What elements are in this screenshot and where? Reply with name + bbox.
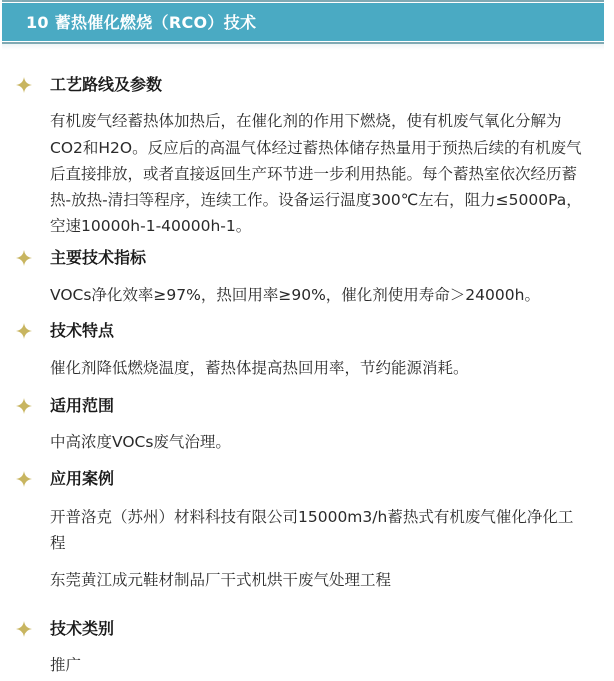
- four-point-star-icon: [16, 471, 32, 487]
- section-header: 10 蓄热催化燃烧（RCO）技术: [2, 0, 604, 44]
- heading-text: 适用范围: [50, 393, 114, 419]
- paragraph-line: 催化剂降低燃烧温度，蓄热体提高热回用率，节约能源消耗。: [50, 355, 469, 381]
- section-heading-features: 技术特点: [0, 318, 614, 344]
- case-line: 程: [50, 530, 66, 556]
- paragraph-line: 空速10000h-1-40000h-1。: [50, 213, 251, 239]
- paragraph-line: 推广: [50, 652, 81, 678]
- header-bar: 10 蓄热催化燃烧（RCO）技术: [2, 3, 604, 41]
- section-heading-indicators: 主要技术指标: [0, 245, 614, 271]
- page-title: 10 蓄热催化燃烧（RCO）技术: [26, 3, 256, 42]
- paragraph-line: 热-放热-清扫等程序，连续工作。设备运行温度300℃左右，阻力≤5000Pa，: [50, 187, 582, 213]
- paragraph-line: CO2和H2O。反应后的高温气体经过蓄热体储存热量用于预热后续的有机废气: [50, 135, 582, 161]
- section-heading-cases: 应用案例: [0, 466, 614, 492]
- case-line: 开普洛克（苏州）材料科技有限公司15000m3/h蓄热式有机废气催化净化工: [50, 504, 573, 530]
- header-shadow: [2, 44, 604, 50]
- heading-text: 应用案例: [50, 466, 114, 492]
- four-point-star-icon: [16, 250, 32, 266]
- section-heading-process: 工艺路线及参数: [0, 72, 614, 98]
- four-point-star-icon: [16, 621, 32, 637]
- heading-text: 技术类别: [50, 616, 114, 642]
- section-heading-scope: 适用范围: [0, 393, 614, 419]
- paragraph-line: 有机废气经蓄热体加热后，在催化剂的作用下燃烧，使有机废气氧化分解为: [50, 108, 562, 134]
- section-heading-category: 技术类别: [0, 616, 614, 642]
- heading-text: 工艺路线及参数: [50, 72, 162, 98]
- four-point-star-icon: [16, 77, 32, 93]
- heading-text: 主要技术指标: [50, 245, 146, 271]
- paragraph-line: 后直接排放，或者直接返回生产环节进一步利用热能。每个蓄热室依次经历蓄: [50, 161, 577, 187]
- case-line: 东莞黄江成元鞋材制品厂干式机烘干废气处理工程: [50, 567, 391, 593]
- four-point-star-icon: [16, 323, 32, 339]
- four-point-star-icon: [16, 398, 32, 414]
- heading-text: 技术特点: [50, 318, 114, 344]
- paragraph-line: 中高浓度VOCs废气治理。: [50, 429, 231, 455]
- paragraph-line: VOCs净化效率≥97%，热回用率≥90%，催化剂使用寿命＞24000h。: [50, 282, 540, 308]
